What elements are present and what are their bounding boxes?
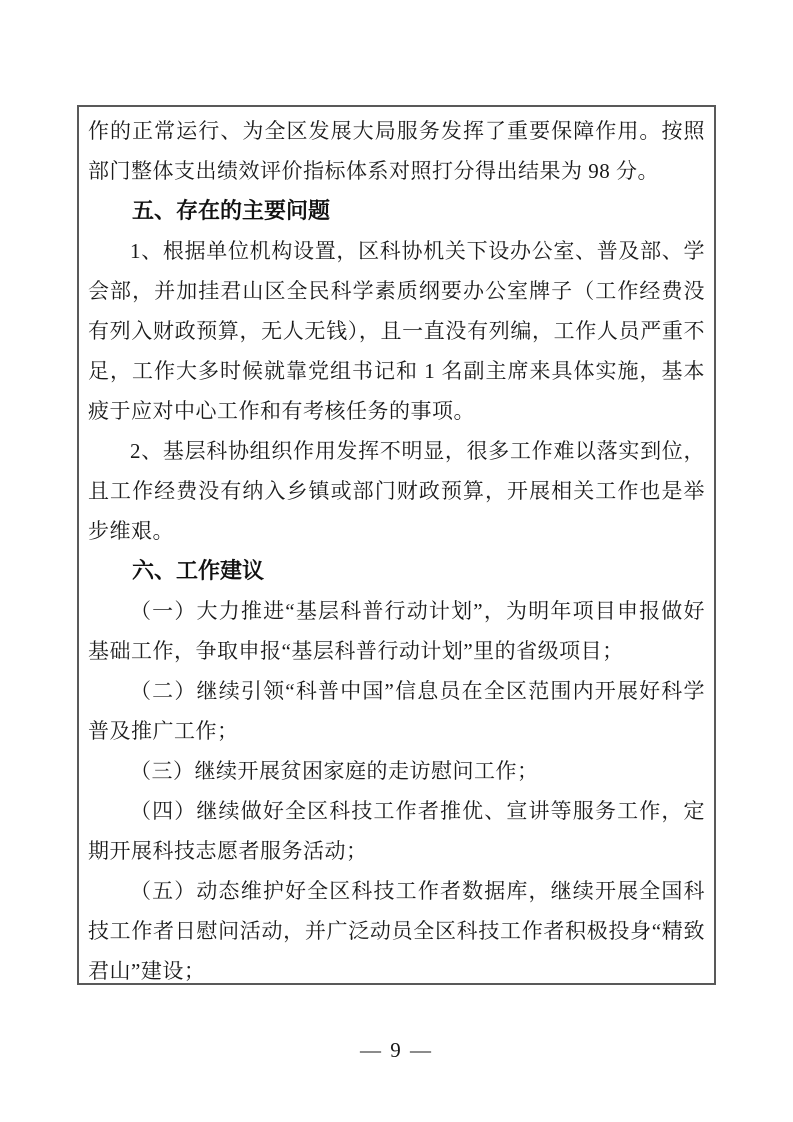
section-heading-problems: 五、存在的主要问题 — [88, 191, 705, 231]
page-number: — 9 — — [0, 1036, 793, 1064]
paragraph-suggestion-2: （二）继续引领“科普中国”信息员在全区范围内开展好科学普及推广工作； — [88, 671, 705, 751]
paragraph-suggestion-4: （四）继续做好全区科技工作者推优、宣讲等服务工作，定期开展科技志愿者服务活动； — [88, 791, 705, 871]
paragraph-continuation: 作的正常运行、为全区发展大局服务发挥了重要保障作用。按照部门整体支出绩效评价指标… — [88, 111, 705, 191]
paragraph-problem-1: 1、根据单位机构设置，区科协机关下设办公室、普及部、学会部，并加挂君山区全民科学… — [88, 231, 705, 431]
content-border-box: 作的正常运行、为全区发展大局服务发挥了重要保障作用。按照部门整体支出绩效评价指标… — [77, 105, 716, 985]
paragraph-suggestion-3: （三）继续开展贫困家庭的走访慰问工作； — [88, 751, 705, 791]
paragraph-suggestion-5: （五）动态维护好全区科技工作者数据库，继续开展全国科技工作者日慰问活动，并广泛动… — [88, 871, 705, 985]
paragraph-problem-2: 2、基层科协组织作用发挥不明显，很多工作难以落实到位，且工作经费没有纳入乡镇或部… — [88, 431, 705, 551]
paragraph-suggestion-1: （一）大力推进“基层科普行动计划”，为明年项目申报做好基础工作，争取申报“基层科… — [88, 591, 705, 671]
section-heading-suggestions: 六、工作建议 — [88, 551, 705, 591]
document-page: 作的正常运行、为全区发展大局服务发挥了重要保障作用。按照部门整体支出绩效评价指标… — [0, 0, 793, 1122]
